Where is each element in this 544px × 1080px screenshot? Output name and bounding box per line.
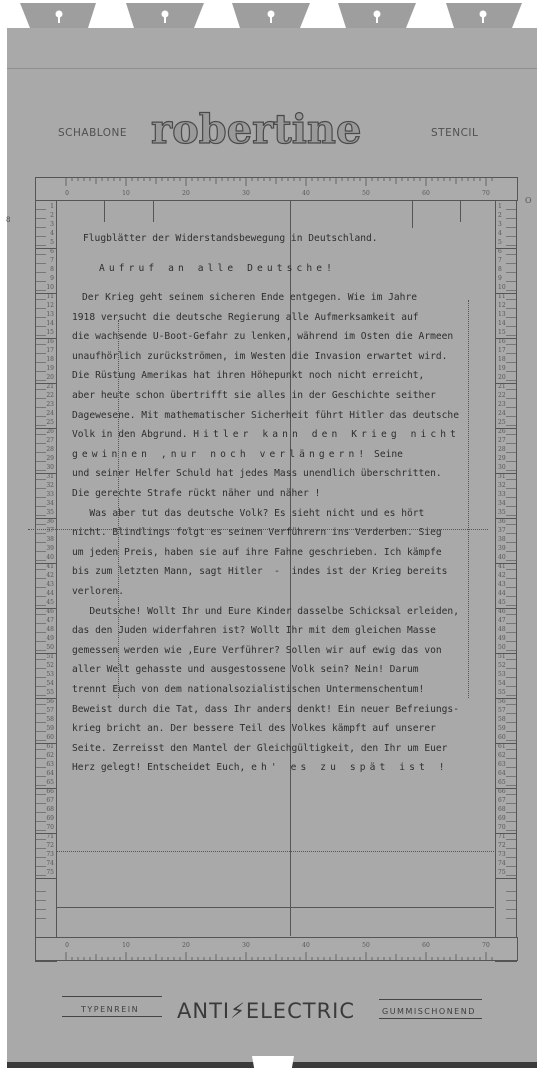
line-number: 44	[46, 590, 54, 597]
line-number: 67	[498, 797, 506, 804]
line-number: 41	[498, 563, 506, 570]
line-number: 56	[498, 698, 506, 705]
line-number: 40	[498, 554, 506, 561]
line-number: 19	[46, 365, 54, 372]
line-number: 38	[46, 536, 54, 543]
typed-line: verloren.	[72, 586, 124, 597]
svg-text:20: 20	[182, 190, 190, 197]
line-number: 28	[46, 446, 54, 453]
line-number: 63	[46, 761, 54, 768]
line-number: 61	[498, 743, 506, 750]
line-number: 62	[46, 752, 54, 759]
line-number: 59	[46, 725, 54, 732]
line-number: 41	[46, 563, 54, 570]
svg-text:20: 20	[182, 942, 190, 949]
line-number: 24	[498, 410, 506, 417]
line-number: 50	[46, 644, 54, 651]
line-number: 54	[498, 680, 506, 687]
guide-tick	[412, 200, 413, 228]
line-number: 34	[46, 500, 54, 507]
line-number: 71	[46, 833, 54, 840]
line-number: 3	[498, 221, 502, 228]
line-number: 75	[498, 869, 506, 876]
line-number: 3	[50, 221, 54, 228]
line-number: 15	[46, 329, 54, 336]
footer-label-right: GUMMISCHONEND	[382, 1007, 476, 1016]
line-number: 65	[498, 779, 506, 786]
line-number: 33	[498, 491, 506, 498]
brand-label-right: STENCIL	[431, 127, 478, 139]
line-number: 22	[498, 392, 506, 399]
typed-line: die wachsende U-Boot-Gefahr zu lenken, w…	[72, 331, 453, 342]
line-number: 56	[46, 698, 54, 705]
line-number: 25	[498, 419, 506, 426]
line-number: 23	[46, 401, 54, 408]
line-number: 11	[46, 293, 54, 300]
line-number: 62	[498, 752, 506, 759]
line-number: 16	[498, 338, 506, 345]
line-number: 35	[46, 509, 54, 516]
footer-label-left: TYPENREIN	[81, 1005, 139, 1014]
line-number: 20	[46, 374, 54, 381]
line-number: 33	[46, 491, 54, 498]
line-number: 22	[46, 392, 54, 399]
line-number: 1	[498, 203, 502, 210]
line-number: 52	[46, 662, 54, 669]
ruler-top: 010203040506070	[35, 177, 518, 201]
line-number: 14	[498, 320, 506, 327]
line-number: 45	[46, 599, 54, 606]
typed-line: unaufhörlich zurückströmen, im Westen di…	[72, 351, 447, 362]
line-number: 46	[46, 608, 54, 615]
line-number: 58	[498, 716, 506, 723]
guide-tick	[153, 200, 154, 222]
line-number: 57	[498, 707, 506, 714]
typed-line: aber heute schon übertrifft sie alles in…	[72, 390, 436, 401]
bottom-notch	[252, 1056, 294, 1068]
line-number: 51	[498, 653, 506, 660]
typed-line: Beweist durch die Tat, dass Ihr anders d…	[72, 704, 459, 715]
brand-logo: robertine	[151, 110, 361, 150]
typed-line: Flugblätter der Widerstandsbewegung in D…	[83, 233, 378, 244]
svg-text:30: 30	[242, 190, 250, 197]
side-mark-left: 8	[6, 216, 10, 224]
svg-text:60: 60	[422, 942, 430, 949]
line-number: 55	[498, 689, 506, 696]
line-number: 12	[498, 302, 506, 309]
line-number: 8	[498, 266, 502, 273]
stencil-sheet: SCHABLONE robertine STENCIL 8 O 01020304…	[7, 28, 537, 1068]
margin-guide-right	[468, 300, 469, 698]
svg-text:0: 0	[65, 190, 69, 197]
line-number: 11	[498, 293, 506, 300]
line-number: 29	[498, 455, 506, 462]
svg-text:10: 10	[122, 942, 130, 949]
typed-line: Der Krieg geht seinem sicheren Ende entg…	[82, 292, 417, 303]
line-number: 69	[46, 815, 54, 822]
line-number: 49	[498, 635, 506, 642]
line-number: 24	[46, 410, 54, 417]
line-number: 59	[498, 725, 506, 732]
typed-line: Die gerechte Strafe rückt näher und nähe…	[72, 488, 320, 499]
line-number: 58	[46, 716, 54, 723]
line-number: 1	[50, 203, 54, 210]
line-number: 17	[46, 347, 54, 354]
fold-line	[7, 68, 537, 69]
svg-text:0: 0	[65, 942, 69, 949]
line-number: 64	[498, 770, 506, 777]
line-number: 9	[50, 275, 54, 282]
line-number: 60	[498, 734, 506, 741]
line-number: 12	[46, 302, 54, 309]
line-number: 50	[498, 644, 506, 651]
line-number: 43	[46, 581, 54, 588]
typed-line: das den Juden widerfahren ist? Wollt Ihr…	[72, 625, 436, 636]
line-number: 72	[46, 842, 54, 849]
line-number: 69	[498, 815, 506, 822]
typed-line: um jeden Preis, haben sie auf ihre Fahne…	[72, 547, 442, 558]
line-number: 53	[46, 671, 54, 678]
line-number: 43	[498, 581, 506, 588]
typing-frame: 010203040506070 123456789101112131415161…	[28, 177, 516, 977]
line-number: 72	[498, 842, 506, 849]
line-number: 18	[46, 356, 54, 363]
stencil-footer: TYPENREIN ANTI⚡ELECTRIC GUMMISCHONEND	[7, 996, 537, 1032]
line-number: 51	[46, 653, 54, 660]
typed-line: und seiner Helfer Schuld hat jedes Mass …	[72, 468, 442, 479]
line-number: 60	[46, 734, 54, 741]
line-number: 31	[46, 473, 54, 480]
line-number: 4	[50, 230, 54, 237]
line-number: 75	[46, 869, 54, 876]
line-number: 31	[498, 473, 506, 480]
line-number: 73	[498, 851, 506, 858]
bottom-guide-line	[56, 907, 494, 908]
line-number: 10	[46, 284, 54, 291]
line-number: 68	[46, 806, 54, 813]
line-number: 42	[46, 572, 54, 579]
line-number: 32	[498, 482, 506, 489]
line-number: 27	[46, 437, 54, 444]
binding-tabs	[0, 0, 544, 30]
line-number: 57	[46, 707, 54, 714]
typed-line: Volk in den Abgrund. Hitler kann den Kri…	[72, 429, 460, 440]
line-number: 64	[46, 770, 54, 777]
line-number: 55	[46, 689, 54, 696]
line-number: 38	[498, 536, 506, 543]
svg-text:70: 70	[482, 190, 490, 197]
line-number: 4	[498, 230, 502, 237]
svg-text:10: 10	[122, 190, 130, 197]
typed-line: Die Rüstung Amerikas hat ihren Höhepunkt…	[72, 370, 424, 381]
line-number-column-right: 1234567891011121314151617181920212223242…	[495, 200, 517, 962]
line-number: 61	[46, 743, 54, 750]
line-number: 66	[498, 788, 506, 795]
brand-label-left: SCHABLONE	[58, 127, 127, 139]
guide-tick	[460, 200, 461, 222]
line-number: 45	[498, 599, 506, 606]
typed-line: Deutsche! Wollt Ihr und Eure Kinder dass…	[72, 606, 459, 617]
line-number-column-left: 1234567891011121314151617181920212223242…	[35, 200, 57, 962]
line-number: 19	[498, 365, 506, 372]
line-number: 63	[498, 761, 506, 768]
line-number: 7	[50, 257, 54, 264]
typed-line: 1918 versucht die deutsche Regierung all…	[72, 312, 419, 323]
guide-tick	[104, 200, 105, 222]
line-number: 23	[498, 401, 506, 408]
typed-line: gewinnen ,nur noch verlängern! Seine	[72, 449, 403, 460]
line-number: 27	[498, 437, 506, 444]
line-number: 47	[46, 617, 54, 624]
svg-text:40: 40	[302, 190, 310, 197]
svg-text:70: 70	[482, 942, 490, 949]
side-mark-right: O	[525, 196, 532, 205]
line-number: 71	[498, 833, 506, 840]
typed-line: Seite. Zerreisst den Mantel der Gleichgü…	[72, 743, 447, 754]
line-number: 39	[498, 545, 506, 552]
line-number: 17	[498, 347, 506, 354]
line-number: 8	[50, 266, 54, 273]
line-number: 14	[46, 320, 54, 327]
line-number: 13	[498, 311, 506, 318]
line-number: 20	[498, 374, 506, 381]
line-number: 2	[50, 212, 54, 219]
line-number: 10	[498, 284, 506, 291]
line-number: 21	[46, 383, 54, 390]
line-number: 25	[46, 419, 54, 426]
svg-text:50: 50	[362, 190, 370, 197]
line-number: 65	[46, 779, 54, 786]
typed-line: Aufruf an alle Deutsche!	[99, 263, 336, 274]
line-number: 66	[46, 788, 54, 795]
typed-line: trennt Euch von dem nationalsozialistisc…	[72, 684, 424, 695]
line-number: 21	[498, 383, 506, 390]
stencil-brand-header: SCHABLONE robertine STENCIL	[7, 110, 537, 150]
line-number: 42	[498, 572, 506, 579]
line-number: 36	[498, 518, 506, 525]
line-number: 40	[46, 554, 54, 561]
typed-line: Herz gelegt! Entscheidet Euch, eh' es zu…	[72, 762, 449, 773]
typed-line: nicht. Blindlings folgt es seinen Verfüh…	[72, 527, 442, 538]
line-number: 37	[498, 527, 506, 534]
line-number: 35	[498, 509, 506, 516]
line-number: 67	[46, 797, 54, 804]
svg-text:50: 50	[362, 942, 370, 949]
line-number: 70	[498, 824, 506, 831]
typed-line: bis zum letzten Mann, sagt Hitler - inde…	[72, 566, 447, 577]
line-number: 46	[498, 608, 506, 615]
line-number: 34	[498, 500, 506, 507]
line-number: 32	[46, 482, 54, 489]
line-number: 74	[46, 860, 54, 867]
page-end-guide-dotted	[56, 851, 494, 852]
ruler-bottom: 010203040506070	[35, 937, 518, 961]
line-number: 54	[46, 680, 54, 687]
line-number: 68	[498, 806, 506, 813]
line-number: 30	[46, 464, 54, 471]
line-number: 39	[46, 545, 54, 552]
line-number: 6	[50, 248, 54, 255]
line-number: 36	[46, 518, 54, 525]
svg-text:60: 60	[422, 190, 430, 197]
line-number: 6	[498, 248, 502, 255]
line-number: 5	[498, 239, 502, 246]
line-number: 9	[498, 275, 502, 282]
typed-line: Dagewesene. Mit mathematischer Sicherhei…	[72, 410, 459, 421]
line-number: 30	[498, 464, 506, 471]
typed-line: krieg bricht an. Der bessere Teil des Vo…	[72, 723, 436, 734]
typing-area: Flugblätter der Widerstandsbewegung in D…	[56, 200, 494, 936]
typed-line: gemessen werden wie ,Eure Verführer? Sol…	[72, 645, 442, 656]
line-number: 49	[46, 635, 54, 642]
line-number: 52	[498, 662, 506, 669]
line-number: 48	[498, 626, 506, 633]
svg-text:40: 40	[302, 942, 310, 949]
line-number: 29	[46, 455, 54, 462]
line-number: 48	[46, 626, 54, 633]
svg-text:30: 30	[242, 942, 250, 949]
line-number: 70	[46, 824, 54, 831]
line-number: 7	[498, 257, 502, 264]
footer-logo: ANTI⚡ELECTRIC	[177, 999, 355, 1023]
line-number: 44	[498, 590, 506, 597]
line-number: 47	[498, 617, 506, 624]
typed-line: aller Welt gehasste und ausgestossene Vo…	[72, 664, 419, 675]
line-number: 26	[46, 428, 54, 435]
line-number: 2	[498, 212, 502, 219]
line-number: 15	[498, 329, 506, 336]
typed-line: Was aber tut das deutsche Volk? Es sieht…	[72, 508, 424, 519]
line-number: 16	[46, 338, 54, 345]
line-number: 53	[498, 671, 506, 678]
line-number: 13	[46, 311, 54, 318]
line-number: 18	[498, 356, 506, 363]
line-number: 26	[498, 428, 506, 435]
line-number: 5	[50, 239, 54, 246]
line-number: 28	[498, 446, 506, 453]
line-number: 73	[46, 851, 54, 858]
line-number: 74	[498, 860, 506, 867]
